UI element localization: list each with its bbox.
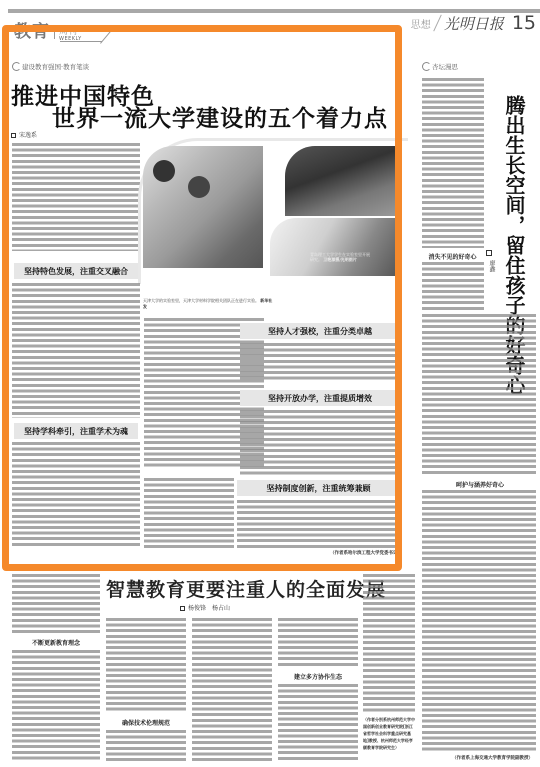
byline-box-icon: [486, 250, 492, 256]
side-kicker-text: 杏坛漫思: [432, 62, 458, 71]
side-subhead-1: 消失不见的好奇心: [420, 252, 485, 261]
masthead-slash: [433, 15, 442, 32]
students-lab-photo: [270, 218, 398, 276]
lower-col4-top: [278, 618, 358, 666]
byline-box-icon: [11, 133, 16, 138]
main-kicker: 建设教育强国·教育笔谈: [12, 62, 89, 71]
lower-subhead-2: 确保技术伦理规范: [106, 718, 186, 727]
lab-photo: [143, 146, 263, 268]
lower-col5-text: [363, 574, 415, 712]
photo-overlay-caption: 青岛理工大学学生在实验室里开展研究。 卫艳源摄/光明图片: [310, 252, 370, 262]
main-title-line2: 世界一流大学建设的五个着力点: [52, 100, 388, 133]
side-byline: 廖鑫: [486, 250, 494, 276]
side-text-2: [422, 314, 536, 476]
masthead-slant-rule: [60, 32, 102, 42]
section-4-text: [240, 410, 400, 475]
photo-overlay-credit: 卫艳源摄/光明图片: [323, 257, 356, 262]
photo-caption: 天津大学的实验室里，天津大学材料学院相关团队正在进行实验。 新华社发: [143, 298, 273, 310]
main-byline-text: 宋逸系: [19, 132, 37, 139]
paper-masthead: 思想 光明日报 15: [411, 12, 536, 34]
g-logo-icon: [12, 62, 21, 71]
side-subhead-2: 呵护与涵养好奇心: [440, 480, 520, 489]
main-author-note: （作者系哈尔滨工程大学党委书记）: [330, 550, 402, 556]
graduation-photo: [285, 146, 397, 216]
subsection-name: 思想: [411, 16, 431, 31]
lower-col2-text: [106, 618, 186, 713]
section-head-4: 坚持开放办学，注重提质增效: [240, 390, 400, 406]
section-1-text: [12, 283, 140, 418]
side-text-3: [422, 490, 536, 752]
section-5-text: [237, 500, 400, 548]
lower-col1-text: [12, 650, 100, 762]
col2-lower-text: [144, 478, 234, 548]
g-logo-icon: [422, 62, 431, 71]
side-author-note: （作者系上海交通大学教育学院副教授）: [452, 755, 533, 761]
side-byline-text: 廖鑫: [486, 260, 496, 272]
section-head-1: 坚持特色发展，注重交叉融合: [14, 263, 138, 279]
section-head-5: 坚持制度创新，注重统筹兼顾: [237, 480, 400, 496]
side-intro-text: [422, 78, 484, 248]
lower-author-note: （作者分别系杭州师范大学中国创新创业教育研究院[浙江省哲学社会科学重点研究基地]…: [363, 716, 415, 751]
section-3-text: [240, 343, 400, 381]
side-kicker: 杏坛漫思: [422, 62, 458, 71]
photo-caption-text: 天津大学的实验室里，天津大学材料学院相关团队正在进行实验。: [143, 298, 259, 303]
paper-logo: 光明日报: [444, 13, 504, 34]
lower-col3-text: [192, 618, 272, 762]
lower-col4-text: [278, 684, 358, 762]
lower-subhead-1: 不断更新教育理念: [12, 638, 100, 647]
masthead-divider: [54, 25, 55, 39]
side-text-1: [422, 262, 484, 312]
main-byline: 宋逸系: [11, 130, 37, 139]
section-2-text: [12, 442, 140, 547]
section-head-3: 坚持人才强校，注重分类卓越: [240, 323, 400, 339]
lower-byline: 杨俊锋 杨占山: [180, 603, 230, 612]
lower-byline-text: 杨俊锋 杨占山: [188, 605, 230, 612]
lower-subhead-3: 建立多方协作生态: [278, 672, 358, 681]
section-head-2: 坚持学科牵引，注重学术为魂: [14, 423, 138, 439]
lower-title: 智慧教育更要注重人的全面发展: [106, 575, 386, 602]
page-number: 15: [512, 12, 536, 34]
lower-col1-top: [12, 574, 100, 634]
section-name: 教育: [14, 17, 50, 42]
main-kicker-text: 建设教育强国·教育笔谈: [22, 62, 89, 71]
byline-box-icon: [180, 606, 185, 611]
main-intro-text: [12, 143, 140, 251]
lower-col2-lower: [106, 730, 186, 762]
